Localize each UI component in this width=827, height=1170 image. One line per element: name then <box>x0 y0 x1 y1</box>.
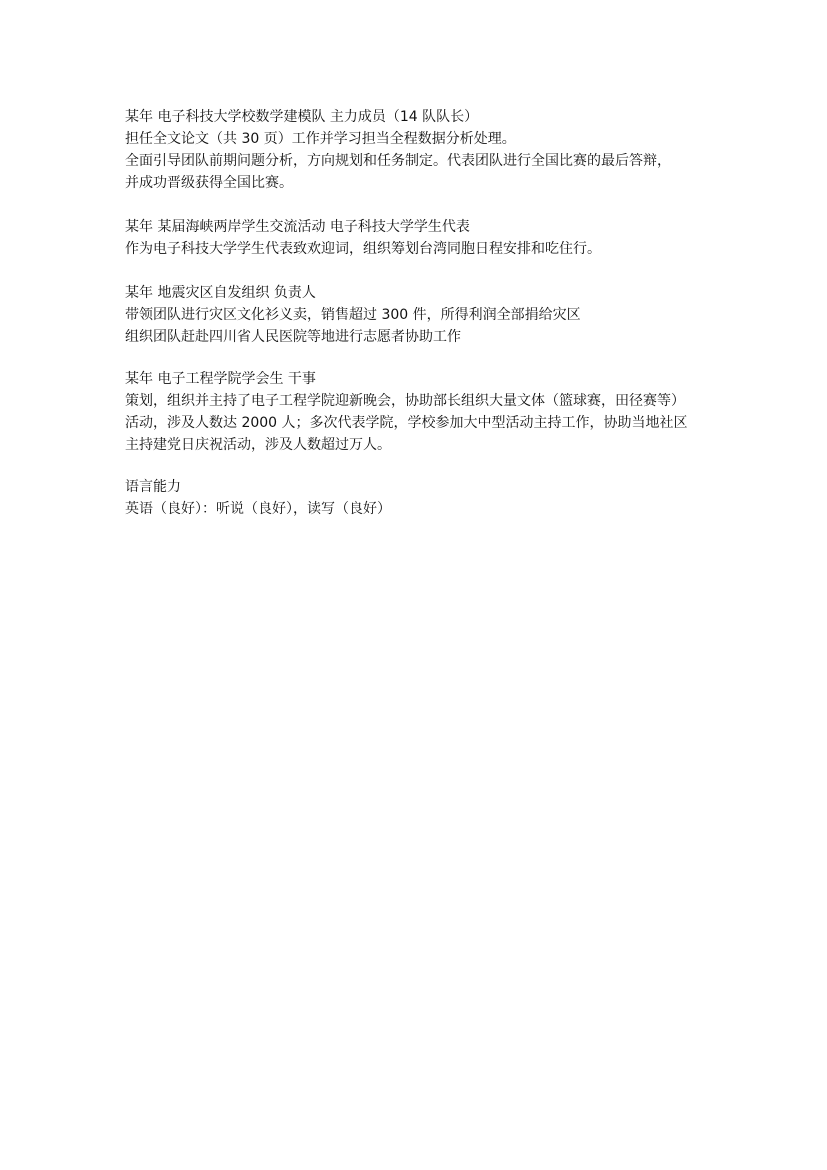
section-earthquake-relief: 某年 地震灾区自发组织 负责人 带领团队进行灾区文化衫义卖，销售超过 300 件… <box>125 282 725 348</box>
section-line: 活动，涉及人数达 2000 人；多次代表学院，学校参加大中型活动主持工作，协助当… <box>125 412 725 434</box>
section-cross-strait-exchange: 某年 某届海峡两岸学生交流活动 电子科技大学学生代表 作为电子科技大学学生代表致… <box>125 216 725 260</box>
section-line: 英语（良好）：听说（良好），读写（良好） <box>125 498 725 520</box>
section-heading: 某年 电子工程学院学会生 干事 <box>125 368 725 390</box>
section-line: 带领团队进行灾区文化衫义卖，销售超过 300 件，所得利润全部捐给灾区 <box>125 304 725 326</box>
section-line: 主持建党日庆祝活动，涉及人数超过万人。 <box>125 434 725 456</box>
section-line: 担任全文论文（共 30 页）工作并学习担当全程数据分析处理。 <box>125 128 725 150</box>
section-line: 作为电子科技大学学生代表致欢迎词，组织筹划台湾同胞日程安排和吃住行。 <box>125 238 725 260</box>
section-heading: 某年 某届海峡两岸学生交流活动 电子科技大学学生代表 <box>125 216 725 238</box>
section-heading: 某年 地震灾区自发组织 负责人 <box>125 282 725 304</box>
spacer <box>125 260 725 282</box>
spacer <box>125 456 725 476</box>
section-student-union: 某年 电子工程学院学会生 干事 策划，组织并主持了电子工程学院迎新晚会，协助部长… <box>125 368 725 456</box>
section-language-skills: 语言能力 英语（良好）：听说（良好），读写（良好） <box>125 476 725 520</box>
section-heading: 某年 电子科技大学校数学建模队 主力成员（14 队队长） <box>125 106 725 128</box>
section-line: 并成功晋级获得全国比赛。 <box>125 172 725 194</box>
section-line: 全面引导团队前期问题分析，方向规划和任务制定。代表团队进行全国比赛的最后答辩， <box>125 150 725 172</box>
resume-page: 某年 电子科技大学校数学建模队 主力成员（14 队队长） 担任全文论文（共 30… <box>125 106 725 520</box>
spacer <box>125 348 725 368</box>
section-math-modeling: 某年 电子科技大学校数学建模队 主力成员（14 队队长） 担任全文论文（共 30… <box>125 106 725 194</box>
spacer <box>125 194 725 216</box>
section-line: 策划，组织并主持了电子工程学院迎新晚会，协助部长组织大量文体（篮球赛，田径赛等） <box>125 390 725 412</box>
section-line: 组织团队赶赴四川省人民医院等地进行志愿者协助工作 <box>125 326 725 348</box>
section-heading: 语言能力 <box>125 476 725 498</box>
